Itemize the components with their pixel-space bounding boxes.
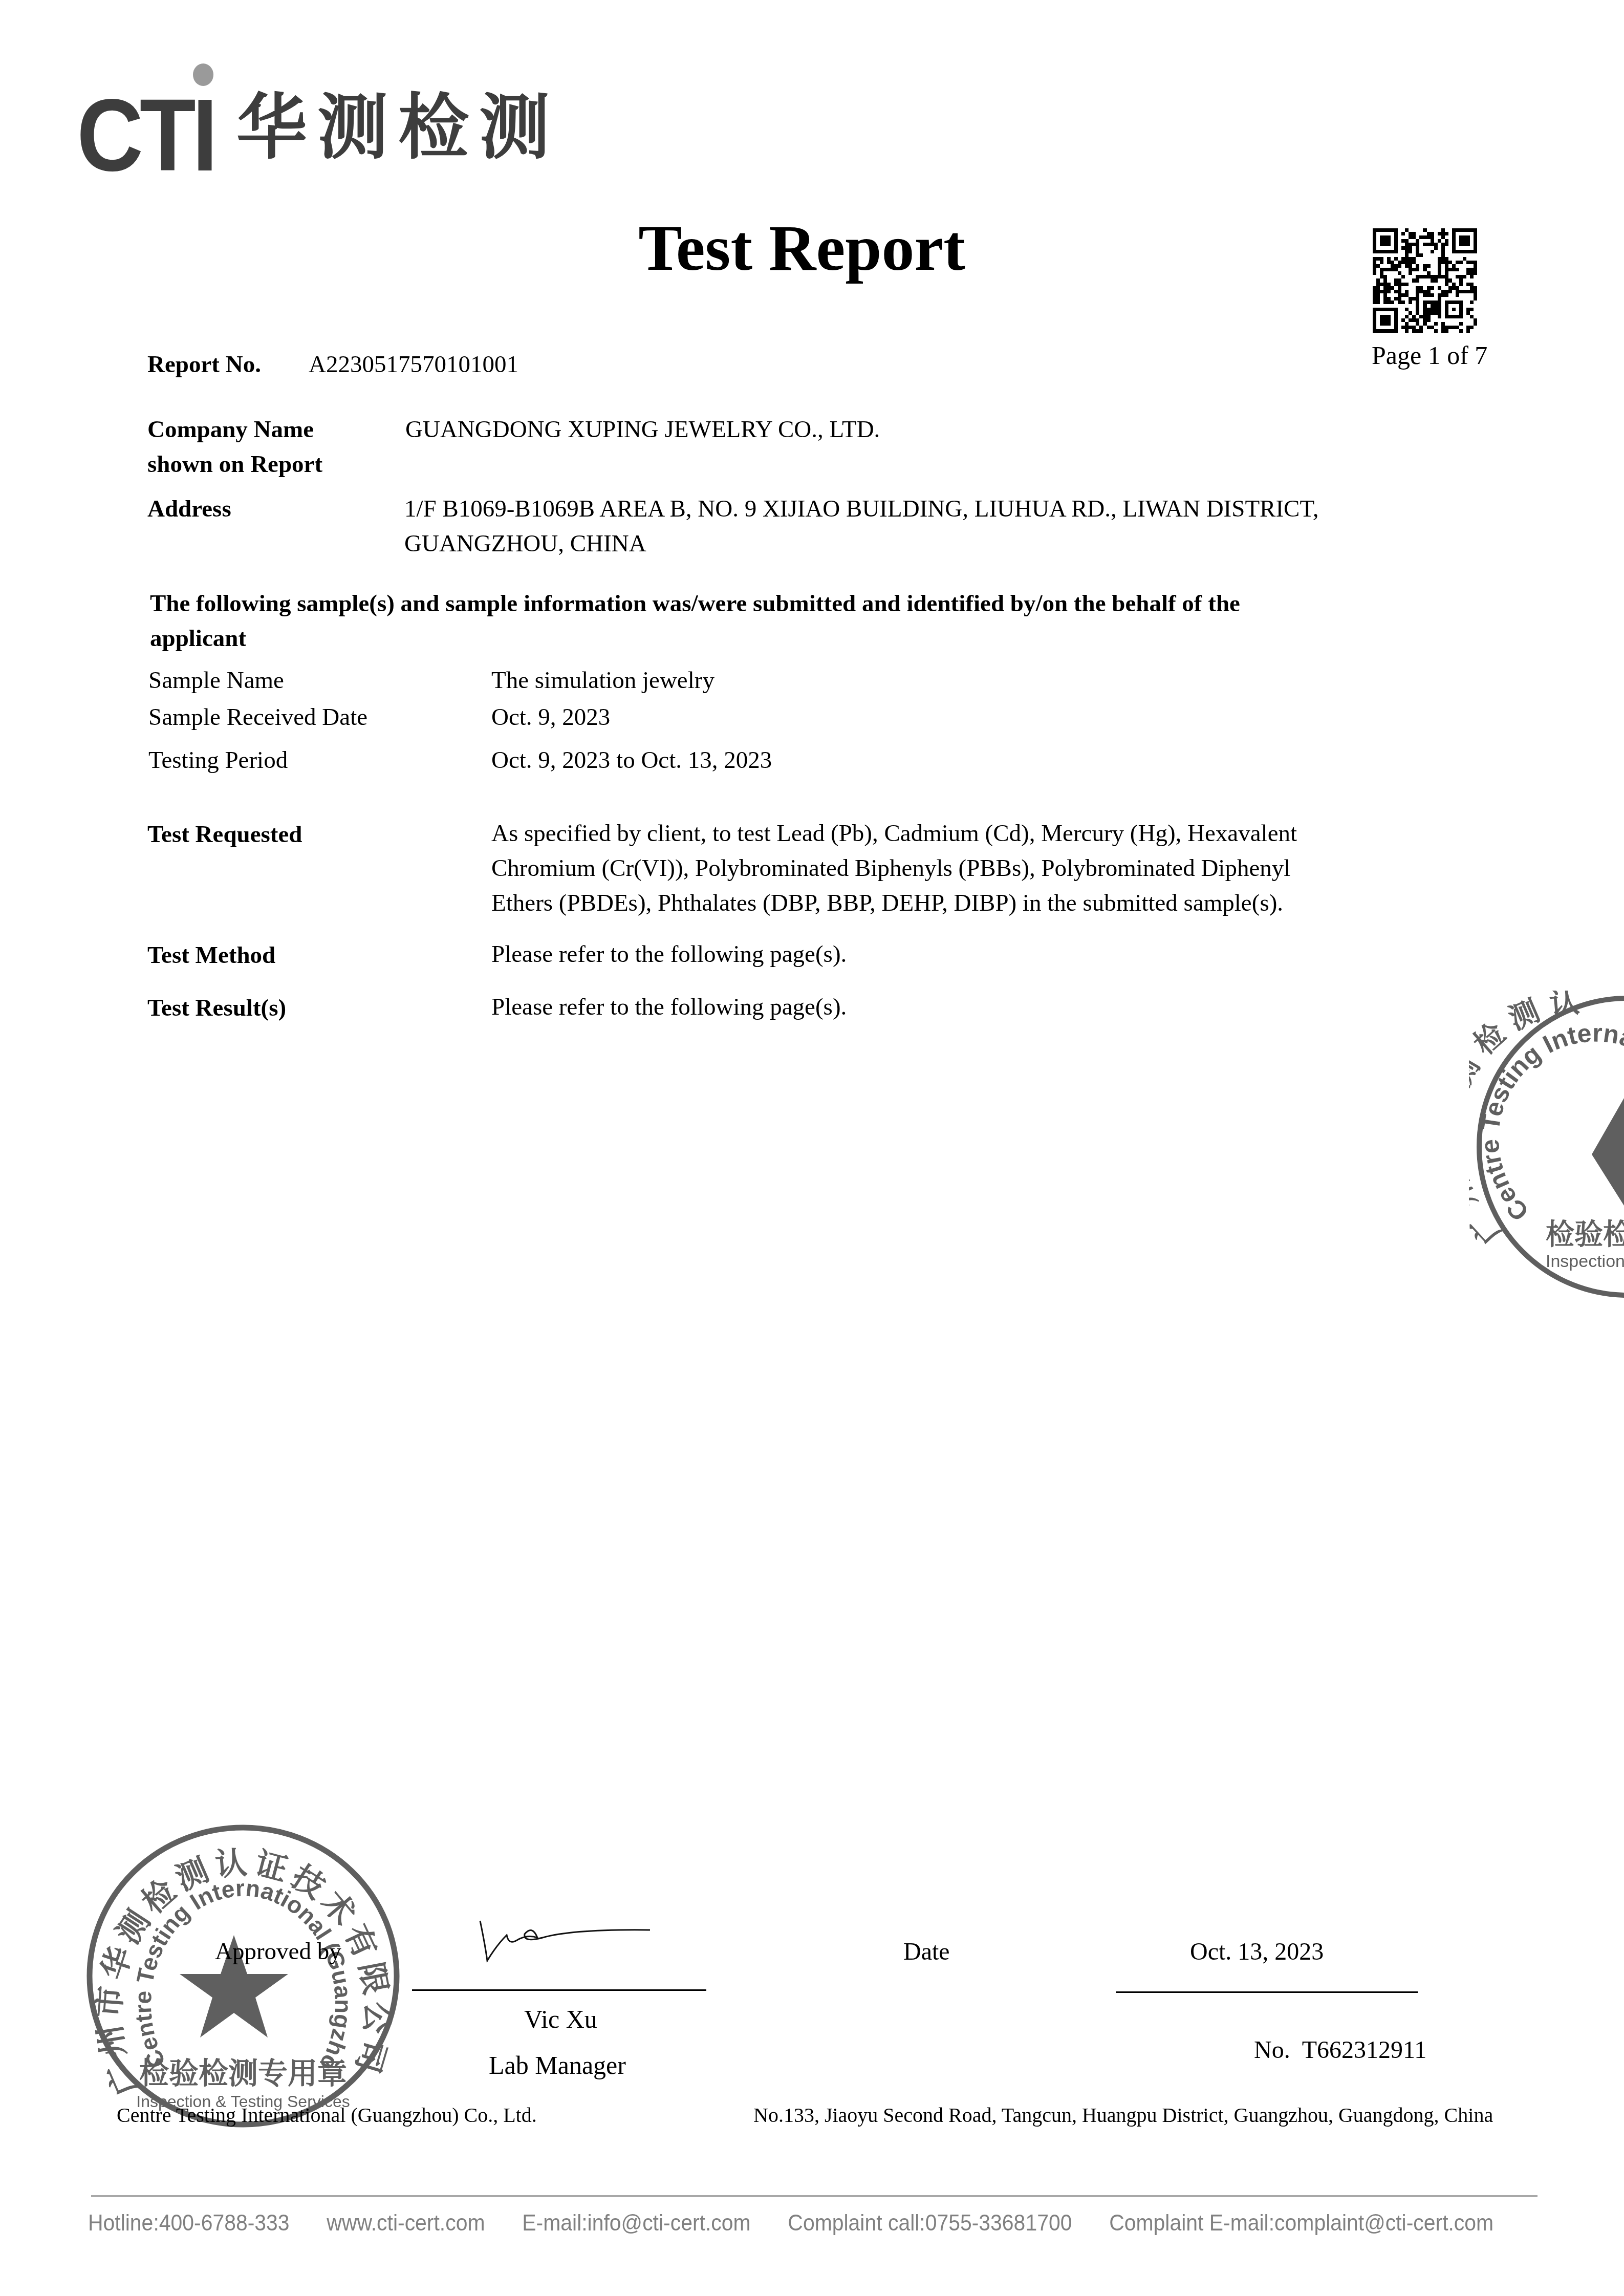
address-label: Address [147, 491, 231, 526]
sample-intro-line2: applicant [150, 621, 1404, 656]
sample-row-label: Testing Period [148, 743, 288, 778]
qr-code-icon [1373, 228, 1477, 333]
test-requested-line: Ethers (PBDEs), Phthalates (DBP, BBP, DE… [491, 886, 1438, 920]
test-method-label: Test Method [147, 938, 275, 973]
sample-row-value: The simulation jewelry [491, 663, 714, 698]
address-line2: GUANGZHOU, CHINA [404, 526, 1428, 561]
stamp-inner-cn: 检验检测专用章 [139, 2056, 347, 2091]
company-label: Company Name shown on Report [147, 412, 352, 482]
sample-row-label: Sample Name [148, 663, 284, 698]
test-requested-line: As specified by client, to test Lead (Pb… [491, 816, 1438, 851]
issuer-company: Centre Testing International (Guangzhou)… [117, 2103, 537, 2127]
certificate-number: No. T662312911 [1254, 2036, 1426, 2064]
issuer-address: No.133, Jiaoyu Second Road, Tangcun, Hua… [753, 2103, 1493, 2127]
address-value: 1/F B1069-B1069B AREA B, NO. 9 XIJIAO BU… [404, 491, 1428, 561]
report-no-value: A2230517570101001 [309, 347, 518, 382]
signature-line [412, 1989, 706, 1991]
sample-intro: The following sample(s) and sample infor… [150, 586, 1404, 656]
footer-contacts: Hotline:400-6788-333 www.cti-cert.com E-… [88, 2211, 1493, 2236]
company-name: GUANGDONG XUPING JEWELRY CO., LTD. [405, 412, 880, 447]
logo-cti: CTI [77, 84, 214, 187]
complaint-call: Complaint call:0755-33681700 [788, 2211, 1072, 2236]
approval-date-value: Oct. 13, 2023 [1190, 1938, 1324, 1966]
company-label-line1: Company Name [147, 412, 352, 447]
hotline: Hotline:400-6788-333 [88, 2211, 290, 2236]
test-result-label: Test Result(s) [147, 991, 286, 1025]
sample-row-value: Oct. 9, 2023 [491, 700, 610, 735]
sample-row-label: Sample Received Date [148, 700, 367, 735]
email-link[interactable]: E-mail:info@cti-cert.com [522, 2211, 750, 2236]
logo-dot [193, 63, 213, 86]
signer-title: Lab Manager [489, 2050, 626, 2080]
test-result-value: Please refer to the following page(s). [491, 990, 847, 1024]
footer-divider [91, 2195, 1538, 2197]
sample-intro-line1: The following sample(s) and sample infor… [150, 586, 1404, 621]
company-seal-stamp: 广州市华测检测认证技术有限公司 Centre Testing Internati… [79, 1822, 407, 2130]
stamp-right-inner-cn: 检验检测 [1546, 1218, 1624, 1251]
test-method-value: Please refer to the following page(s). [491, 937, 847, 972]
test-requested-label: Test Requested [147, 817, 302, 852]
stamp-right-inner-en: Inspection & T [1546, 1252, 1624, 1271]
sample-row-value: Oct. 9, 2023 to Oct. 13, 2023 [491, 743, 772, 778]
test-requested-value: As specified by client, to test Lead (Pb… [491, 816, 1438, 920]
approval-date-label: Date [903, 1938, 950, 1966]
test-requested-line: Chromium (Cr(VI)), Polybrominated Biphen… [491, 851, 1438, 886]
website-link[interactable]: www.cti-cert.com [327, 2211, 485, 2236]
approved-by-label: Approved by [215, 1938, 341, 1965]
date-line [1116, 1991, 1418, 1993]
company-seal-stamp-partial: 广州市华测检测认 Centre Testing Internation 检验检测… [1469, 991, 1624, 1303]
complaint-email-link[interactable]: Complaint E-mail:complaint@cti-cert.com [1109, 2211, 1493, 2236]
company-label-line2: shown on Report [147, 447, 352, 482]
signature [476, 1915, 660, 1971]
page-indicator: Page 1 of 7 [1372, 340, 1487, 370]
signer-name: Vic Xu [524, 2004, 597, 2034]
report-no-label: Report No. [147, 347, 261, 382]
address-line1: 1/F B1069-B1069B AREA B, NO. 9 XIJIAO BU… [404, 491, 1428, 526]
logo-chinese: 华测检测 [236, 92, 560, 163]
